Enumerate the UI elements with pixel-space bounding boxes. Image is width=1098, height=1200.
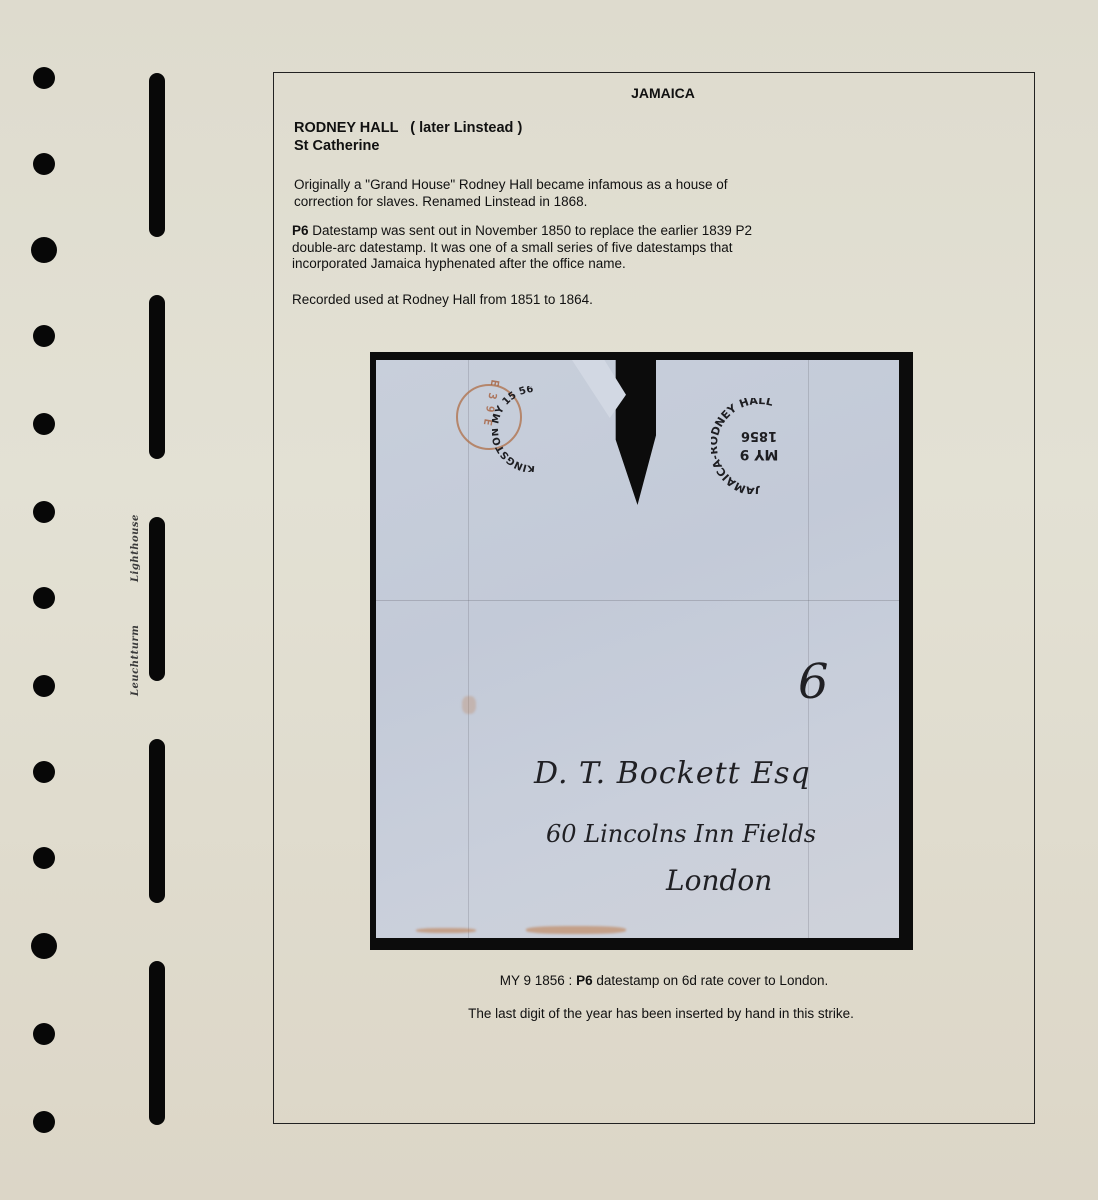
rodney-hall-postmark-ring: JAMAICA-RODNEY HALL xyxy=(711,398,774,494)
place-subtitle: St Catherine xyxy=(294,138,379,154)
svg-text:KINGSTON MY 15 56: KINGSTON MY 15 56 xyxy=(492,386,535,472)
binder-slot xyxy=(149,961,165,1125)
datestamp-description: Datestamp was sent out in November 1850 … xyxy=(292,223,752,271)
cover-paper: E 3 9 E KINGSTON MY 15 56 JAMAICA-RODNEY… xyxy=(376,360,899,938)
caption-separator: : xyxy=(565,973,576,988)
caption-text: datestamp on 6d rate cover to London. xyxy=(593,973,829,988)
country-heading: JAMAICA xyxy=(274,85,1034,101)
fold-line xyxy=(808,360,809,938)
kingston-postmark-text: KINGSTON MY 15 56 xyxy=(492,386,535,472)
punch-hole xyxy=(33,761,55,783)
place-title: RODNEY HALL ( later Linstead ) xyxy=(294,120,522,136)
datestamp-type-label: P6 xyxy=(292,223,309,238)
punch-hole xyxy=(33,1023,55,1045)
binder-slot xyxy=(149,517,165,681)
datestamp-paragraph: P6 Datestamp was sent out in November 18… xyxy=(292,223,762,273)
caption-type: P6 xyxy=(576,973,593,988)
history-paragraph: Originally a "Grand House" Rodney Hall b… xyxy=(294,177,774,210)
fold-line xyxy=(468,360,469,938)
stain xyxy=(462,696,476,714)
punch-hole xyxy=(31,933,57,959)
stain xyxy=(526,926,626,934)
punch-hole xyxy=(31,237,57,263)
cover-caption: MY 9 1856 : P6 datestamp on 6d rate cove… xyxy=(274,973,1034,988)
address-name: D. T. Bockett Esq xyxy=(534,756,811,791)
punch-hole xyxy=(33,325,55,347)
brand-mark-lighthouse: Lighthouse xyxy=(130,514,141,582)
rodney-hall-postmark: JAMAICA-RODNEY HALL MY 9 1856 xyxy=(711,398,807,494)
address-city: London xyxy=(666,864,772,897)
album-page-frame: JAMAICA RODNEY HALL ( later Linstead ) S… xyxy=(273,72,1035,1124)
punch-hole xyxy=(33,413,55,435)
brand-mark-leuchtturm: Leuchtturm xyxy=(130,625,141,696)
binder-slot xyxy=(149,295,165,459)
punch-hole xyxy=(33,501,55,523)
rodney-hall-postmark-year: 1856 xyxy=(741,428,777,443)
recorded-paragraph: Recorded used at Rodney Hall from 1851 t… xyxy=(292,292,772,309)
cover-image: E 3 9 E KINGSTON MY 15 56 JAMAICA-RODNEY… xyxy=(370,352,913,950)
kingston-postmark: KINGSTON MY 15 56 xyxy=(492,386,578,472)
binder-slot xyxy=(149,73,165,237)
address-street: 60 Lincolns Inn Fields xyxy=(546,820,816,848)
cover-note: The last digit of the year has been inse… xyxy=(274,1006,1034,1021)
punch-hole xyxy=(33,67,55,89)
stain xyxy=(416,928,476,933)
punch-hole xyxy=(33,587,55,609)
punch-hole xyxy=(33,675,55,697)
caption-date: MY 9 1856 xyxy=(500,973,565,988)
rate-marking: 6 xyxy=(798,654,829,710)
punch-hole xyxy=(33,847,55,869)
binder-slot xyxy=(149,739,165,903)
rodney-hall-postmark-date: MY 9 xyxy=(740,446,779,462)
punch-hole xyxy=(33,1111,55,1133)
punch-hole xyxy=(33,153,55,175)
fold-line xyxy=(376,600,899,601)
svg-text:JAMAICA-RODNEY HALL: JAMAICA-RODNEY HALL xyxy=(711,398,774,494)
